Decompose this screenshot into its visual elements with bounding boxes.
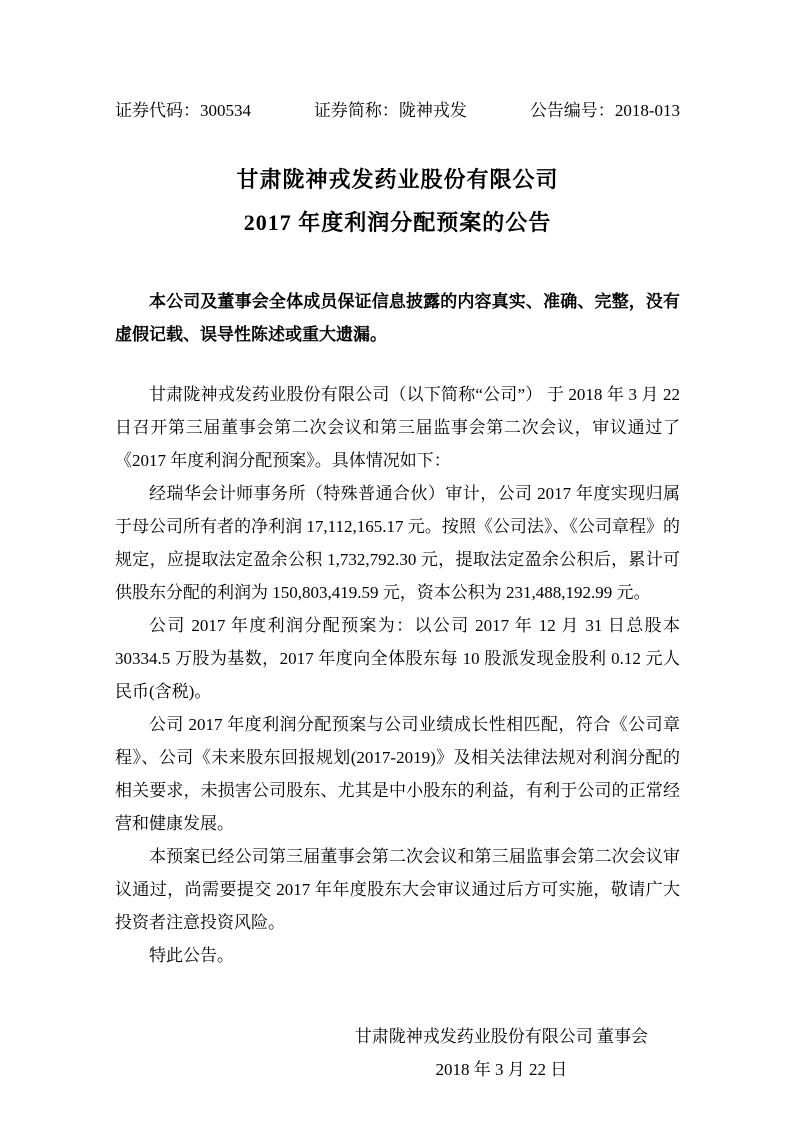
document-header: 证券代码：300534 证券简称：陇神戎发 公告编号：2018-013 bbox=[115, 100, 680, 122]
stock-code-value: 300534 bbox=[200, 101, 251, 120]
announcement-page: 证券代码：300534 证券简称：陇神戎发 公告编号：2018-013 甘肃陇神… bbox=[0, 0, 793, 1122]
stock-name: 证券简称：陇神戎发 bbox=[314, 100, 467, 122]
document-body: 甘肃陇神戎发药业股份有限公司（以下简称“公司”） 于 2018 年 3 月 22… bbox=[115, 378, 680, 972]
stock-name-label: 证券简称： bbox=[314, 101, 399, 120]
signature-date: 2018 年 3 月 22 日 bbox=[355, 1053, 648, 1086]
paragraph-closing: 特此公告。 bbox=[115, 939, 680, 972]
paragraph-approval-risk: 本预案已经公司第三届董事会第二次会议和第三届监事会第二次会议审议通过，尚需要提交… bbox=[115, 840, 680, 939]
signature-block: 甘肃陇神戎发药业股份有限公司 董事会 2018 年 3 月 22 日 bbox=[355, 1020, 648, 1086]
stock-code-label: 证券代码： bbox=[115, 101, 200, 120]
company-title: 甘肃陇神戎发药业股份有限公司 bbox=[115, 168, 680, 192]
announcement-number-label: 公告编号： bbox=[530, 101, 615, 120]
disclosure-statement: 本公司及董事会全体成员保证信息披露的内容真实、准确、完整，没有虚假记载、误导性陈… bbox=[115, 285, 680, 351]
announcement-number-value: 2018-013 bbox=[615, 101, 680, 120]
signature-company: 甘肃陇神戎发药业股份有限公司 董事会 bbox=[355, 1020, 648, 1053]
stock-code: 证券代码：300534 bbox=[115, 100, 251, 122]
announcement-title: 2017 年度利润分配预案的公告 bbox=[115, 211, 680, 235]
stock-name-value: 陇神戎发 bbox=[399, 101, 467, 120]
paragraph-audit-figures: 经瑞华会计师事务所（特殊普通合伙）审计，公司 2017 年度实现归属于母公司所有… bbox=[115, 477, 680, 609]
paragraph-board-meeting: 甘肃陇神戎发药业股份有限公司（以下简称“公司”） 于 2018 年 3 月 22… bbox=[115, 378, 680, 477]
paragraph-distribution-plan: 公司 2017 年度利润分配预案为：以公司 2017 年 12 月 31 日总股… bbox=[115, 609, 680, 708]
paragraph-compliance: 公司 2017 年度利润分配预案与公司业绩成长性相匹配，符合《公司章程》、公司《… bbox=[115, 708, 680, 840]
announcement-number: 公告编号：2018-013 bbox=[530, 100, 680, 122]
